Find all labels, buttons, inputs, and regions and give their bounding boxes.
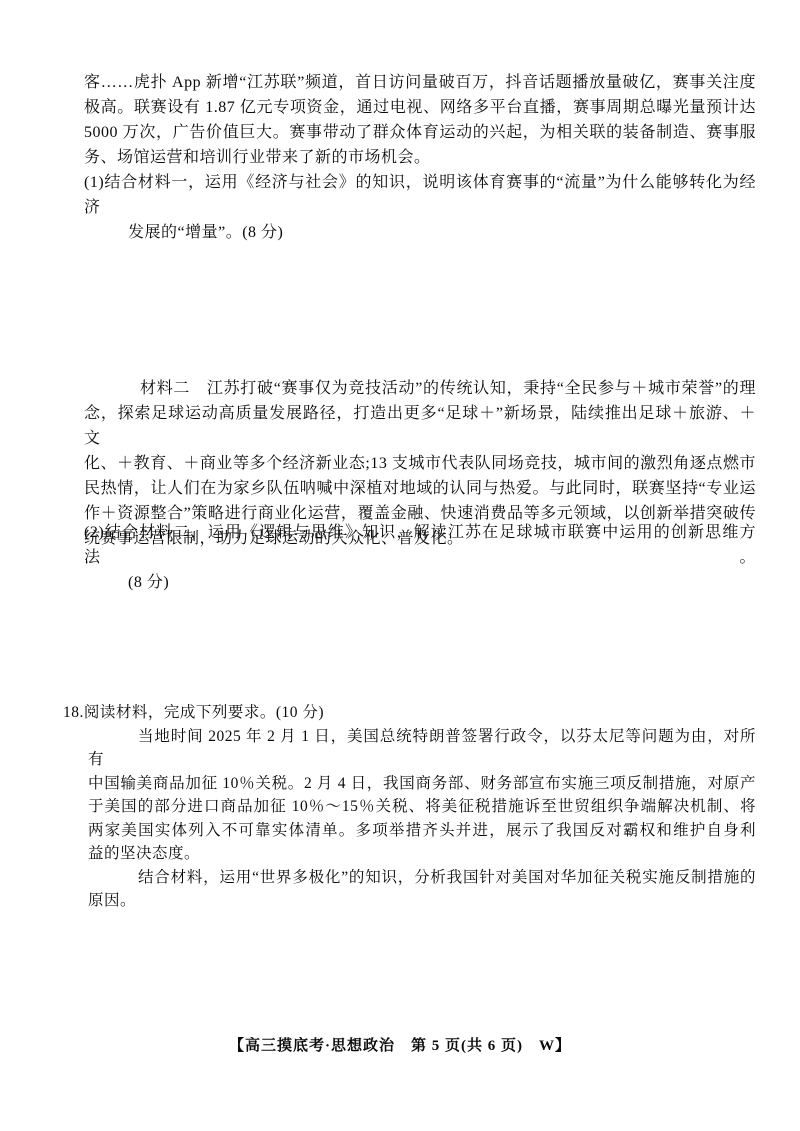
question-18: 18.阅读材料，完成下列要求。(10 分) 当地时间 2025 年 2 月 1 … [63, 701, 756, 913]
text-line: 5000 万次，广告价值巨大。赛事带动了群众体育运动的兴起，为相关联的装备制造、… [84, 120, 756, 145]
question-18-material: 当地时间 2025 年 2 月 1 日，美国总统特朗普签署行政令，以芬太尼等问题… [63, 725, 756, 866]
text-line: 于美国的部分进口商品加征 10％～15％关税、将美征税措施诉至世贸组织争端解决机… [88, 795, 756, 819]
text-line: 民热情，让人们在为家乡队伍呐喊中深植对地域的认同与热爱。与此同时，联赛坚持“专业… [84, 476, 756, 501]
text-line: 益的坚决态度。 [88, 842, 756, 866]
sub-question-2: (2)结合材料二，运用《逻辑与思维》知识，解读江苏在足球城市联赛中运用的创新思维… [84, 520, 756, 595]
text-line: (2)结合材料二，运用《逻辑与思维》知识，解读江苏在足球城市联赛中运用的创新思维… [84, 520, 756, 570]
question-18-header: 18.阅读材料，完成下列要求。(10 分) [63, 701, 756, 725]
text-line: 结合材料，运用“世界多极化”的知识，分析我国针对美国对华加征关税实施反制措施的 [88, 866, 756, 890]
text-line: 材料二 江苏打破“赛事仅为竞技活动”的传统认知，秉持“全民参与＋城市荣誉”的理 [84, 376, 756, 401]
text-line: 当地时间 2025 年 2 月 1 日，美国总统特朗普签署行政令，以芬太尼等问题… [88, 725, 756, 772]
text-line: (8 分) [84, 570, 756, 595]
material-one-continuation: 客……虎扑 App 新增“江苏联”频道，首日访问量破百万，抖音话题播放量破亿，赛… [84, 70, 756, 170]
text-line: 原因。 [88, 889, 756, 913]
text-line: (1)结合材料一，运用《经济与社会》的知识，说明该体育赛事的“流量”为什么能够转… [84, 170, 756, 220]
text-line: 化、＋教育、＋商业等多个经济新业态;13 支城市代表队同场竞技，城市间的激烈角逐… [84, 451, 756, 476]
text-line: 两家美国实体列入不可靠实体清单。多项举措齐头并进，展示了我国反对霸权和维护自身利 [88, 819, 756, 843]
text-line: 念，探索足球运动高质量发展路径，打造出更多“足球＋”新场景，陆续推出足球＋旅游、… [84, 401, 756, 451]
page-footer: 【高三摸底考·思想政治 第 5 页(共 6 页) W】 [0, 1034, 800, 1055]
text-line: 发展的“增量”。(8 分) [84, 220, 756, 245]
text-line: 极高。联赛设有 1.87 亿元专项资金，通过电视、网络多平台直播，赛事周期总曝光… [84, 95, 756, 120]
text-line: 客……虎扑 App 新增“江苏联”频道，首日访问量破百万，抖音话题播放量破亿，赛… [84, 70, 756, 95]
text-line: 务、场馆运营和培训行业带来了新的市场机会。 [84, 145, 756, 170]
exam-paper-page: 客……虎扑 App 新增“江苏联”频道，首日访问量破百万，抖音话题播放量破亿，赛… [0, 0, 800, 1131]
sub-question-1: (1)结合材料一，运用《经济与社会》的知识，说明该体育赛事的“流量”为什么能够转… [84, 170, 756, 245]
text-line: 中国输美商品加征 10％关税。2 月 4 日，我国商务部、财务部宣布实施三项反制… [88, 772, 756, 796]
question-18-task: 结合材料，运用“世界多极化”的知识，分析我国针对美国对华加征关税实施反制措施的原… [63, 866, 756, 913]
